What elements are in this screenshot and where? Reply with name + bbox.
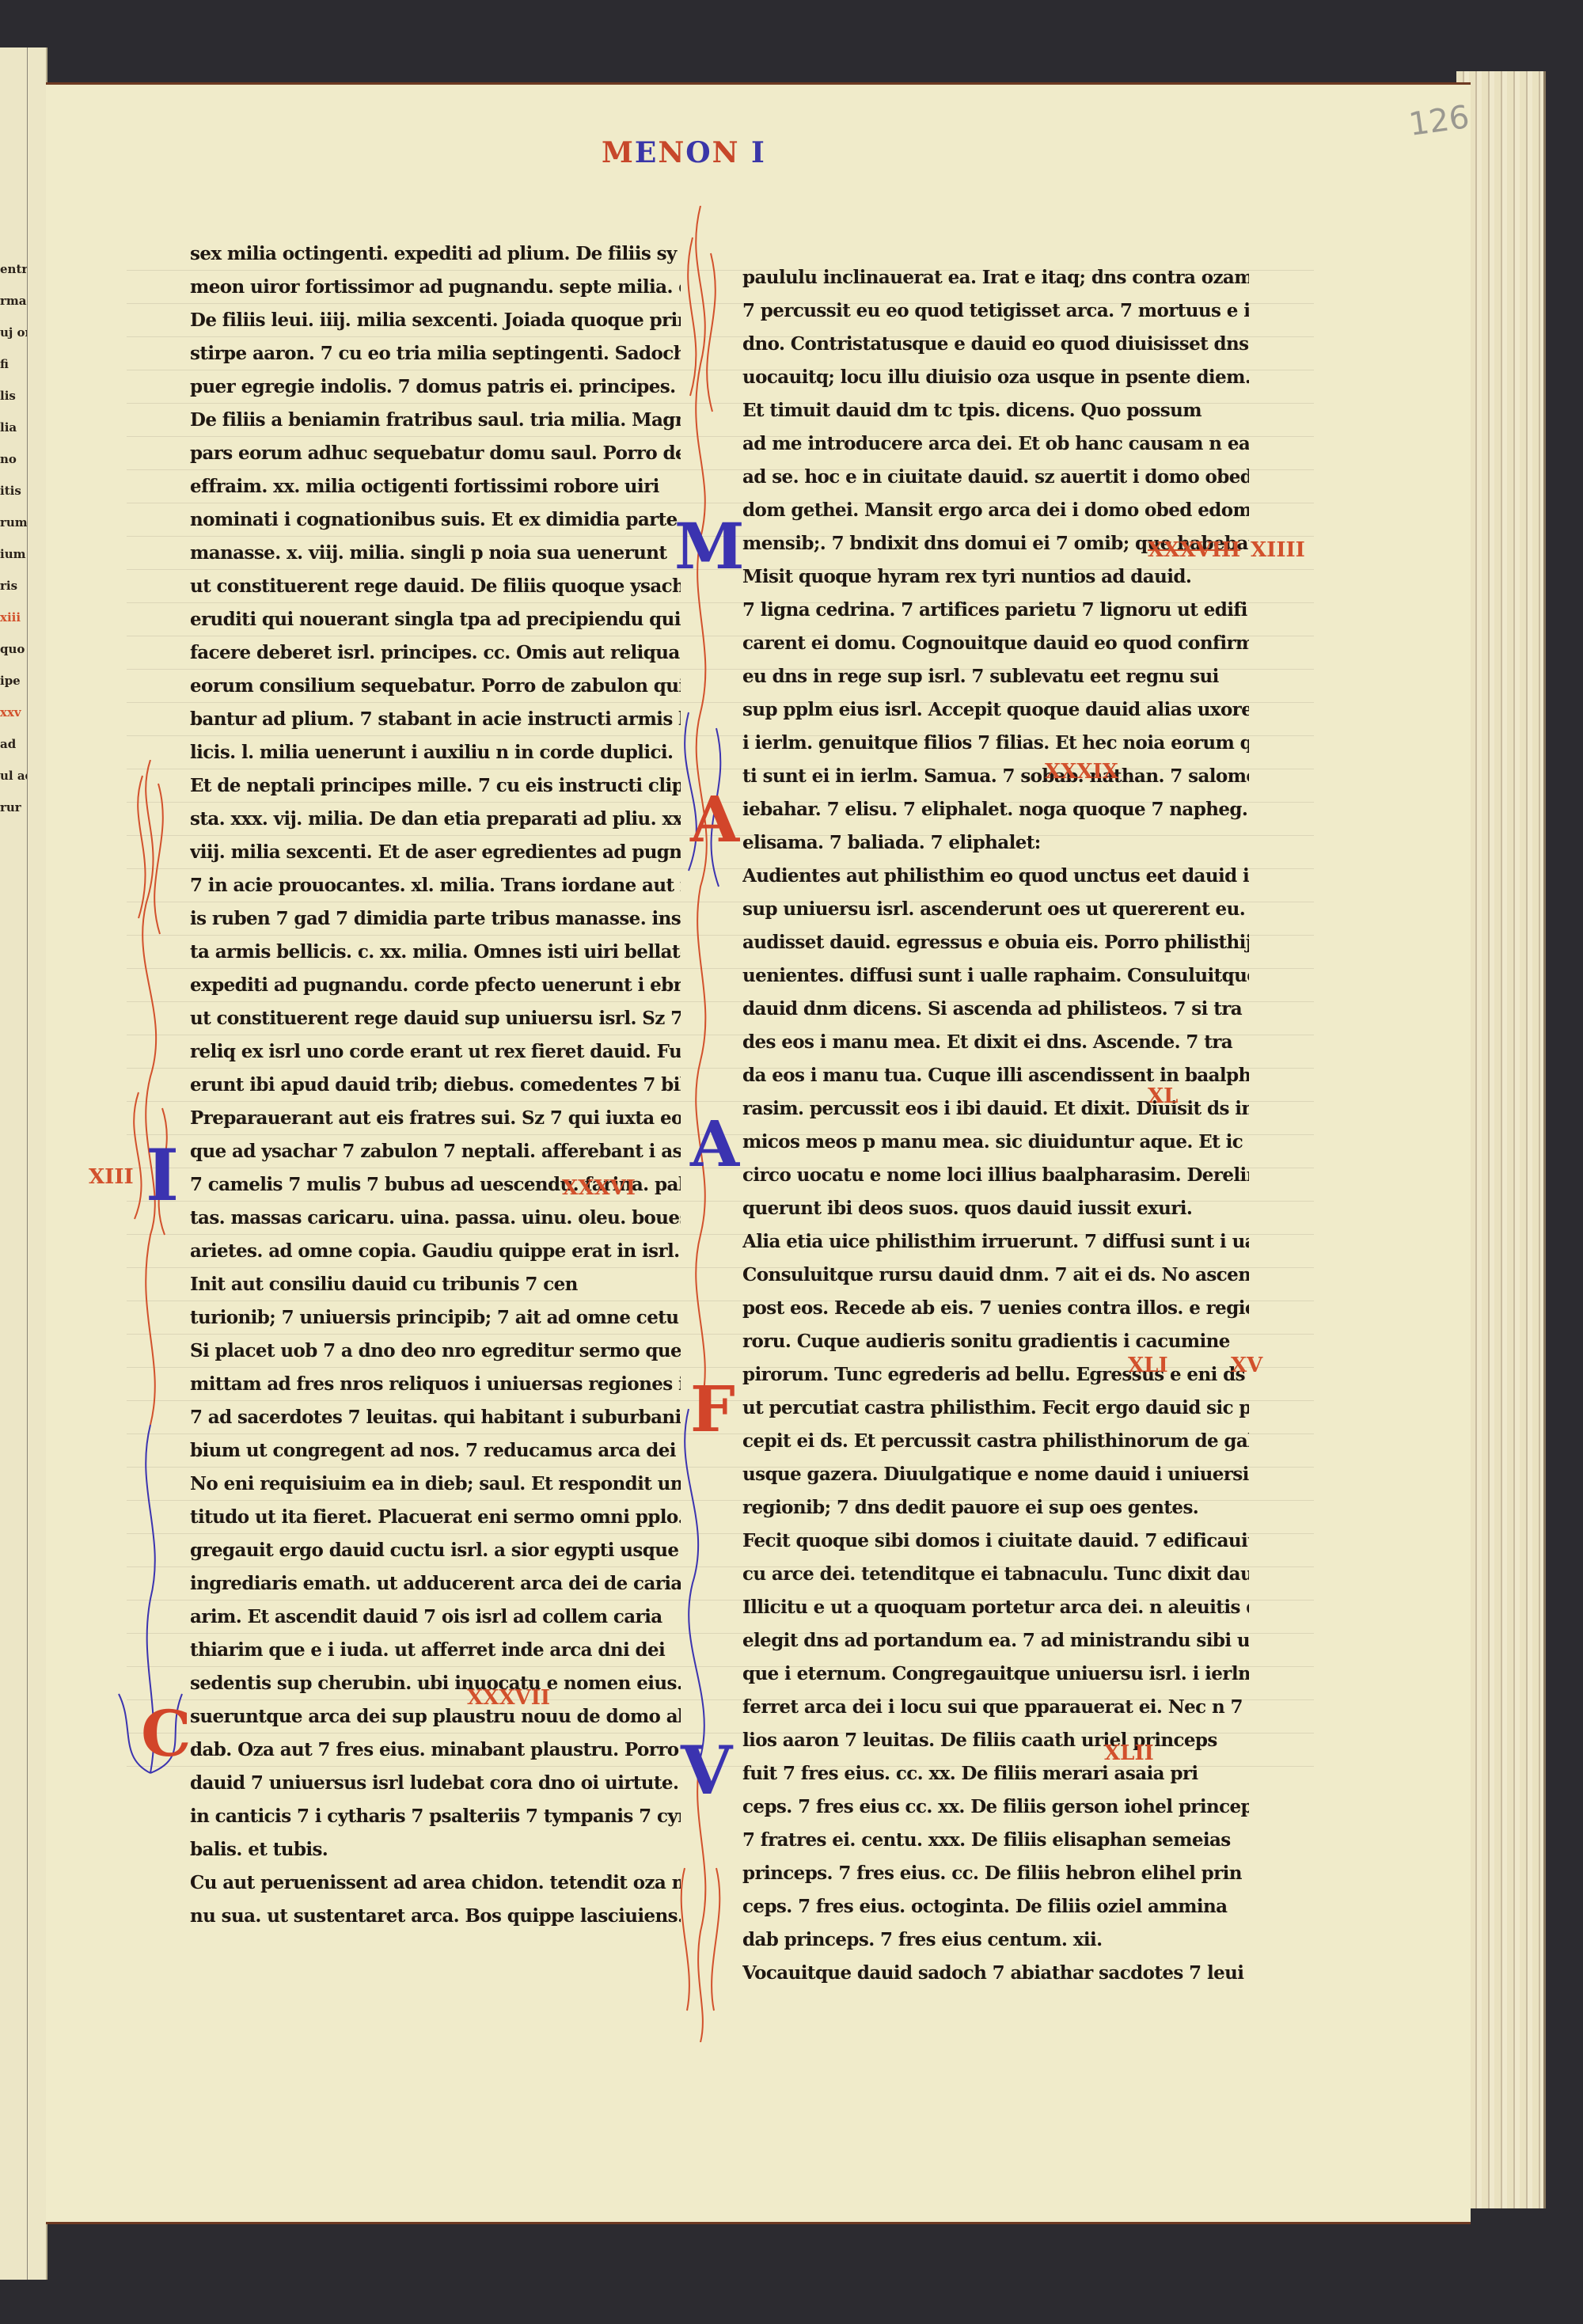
text-line: gregauit ergo dauid cuctu isrl. a sior e… xyxy=(190,1534,681,1567)
facing-page-fragment: itis xyxy=(0,475,27,507)
facing-page-fragment: ium xyxy=(0,538,27,570)
text-line: ut constituerent rege dauid sup uniuersu… xyxy=(190,1002,681,1035)
text-line: facere deberet isrl. principes. cc. Omis… xyxy=(190,636,681,670)
text-line: manasse. x. viij. milia. singli p noia s… xyxy=(190,537,681,570)
text-line: De filiis a beniamin fratribus saul. tri… xyxy=(190,404,681,437)
running-head-letter: N xyxy=(712,136,740,169)
text-line: pars eorum adhuc sequebatur domu saul. P… xyxy=(190,437,681,470)
text-line: ad me introducere arca dei. Et ob hanc c… xyxy=(742,427,1249,461)
text-line: 7 fratres ei. centu. xxx. De filiis elis… xyxy=(742,1824,1249,1857)
rubric-numeral-xlii: XLII xyxy=(1104,1741,1154,1765)
text-line: Init aut consiliu dauid cu tribunis 7 ce… xyxy=(190,1268,681,1301)
text-line: sup pplm eius isrl. Accepit quoque dauid… xyxy=(742,693,1249,727)
text-line: sueruntque arca dei sup plaustru nouu de… xyxy=(190,1700,681,1734)
facing-page-fragment: uj orbu xyxy=(0,317,27,348)
text-line: ta armis bellicis. c. xx. milia. Omnes i… xyxy=(190,936,681,969)
text-line: ti sunt ei in ierlm. Samua. 7 sobab. nat… xyxy=(742,760,1249,793)
facing-page-edge: entrarmauj orbufilislianoitisrumiumrisxi… xyxy=(0,47,47,2280)
text-line: elisama. 7 baliada. 7 eliphalet: xyxy=(742,826,1249,860)
text-line: bantur ad plium. 7 stabant in acie instr… xyxy=(190,703,681,736)
text-line: 7 in acie prouocantes. xl. milia. Trans … xyxy=(190,869,681,902)
facing-page-fragment: xxv xyxy=(0,697,27,728)
facing-page-fragment: entra xyxy=(0,253,27,285)
text-line: dab. Oza aut 7 fres eius. minabant plaus… xyxy=(190,1734,681,1767)
facing-page-fragment: rma xyxy=(0,285,27,317)
text-line: elegit dns ad portandum ea. 7 ad ministr… xyxy=(742,1624,1249,1658)
penwork-flourish-left-red xyxy=(103,760,198,1789)
text-line: ingrediaris emath. ut adducerent arca de… xyxy=(190,1567,681,1601)
text-line: Et timuit dauid dm tc tpis. dicens. Quo … xyxy=(742,394,1249,427)
text-line: is ruben 7 gad 7 dimidia parte tribus ma… xyxy=(190,902,681,936)
text-line: roru. Cuque audieris sonitu gradientis i… xyxy=(742,1325,1249,1358)
text-line: pirorum. Tunc egrederis ad bellu. Egress… xyxy=(742,1358,1249,1392)
text-line: usque gazera. Diuulgatique e nome dauid … xyxy=(742,1458,1249,1491)
text-line: dab princeps. 7 fres eius centum. xii. xyxy=(742,1923,1249,1957)
text-line: De filiis leui. iiij. milia sexcenti. Jo… xyxy=(190,304,681,337)
text-line: Misit quoque hyram rex tyri nuntios ad d… xyxy=(742,560,1249,594)
text-line: titudo ut ita fieret. Placuerat eni serm… xyxy=(190,1501,681,1534)
text-line: ferret arca dei i locu sui que pparauera… xyxy=(742,1691,1249,1724)
rubric-numeral-xxxix: XXXIX xyxy=(1045,760,1118,784)
text-line: circo uocatu e nome loci illius baalphar… xyxy=(742,1159,1249,1192)
text-line: turionib; 7 uniuersis principib; 7 ait a… xyxy=(190,1301,681,1335)
initial-a-red: A xyxy=(690,788,739,851)
text-line: meon uiror fortissimor ad pugnandu. sept… xyxy=(190,271,681,304)
text-line: dno. Contristatusque e dauid eo quod diu… xyxy=(742,328,1249,361)
facing-page-fragment: ad xyxy=(0,728,27,760)
text-line: cu arce dei. tetenditque ei tabnaculu. T… xyxy=(742,1558,1249,1591)
text-line: tas. massas caricaru. uina. passa. uinu.… xyxy=(190,1202,681,1235)
text-line: 7 ligna cedrina. 7 artifices parietu 7 l… xyxy=(742,594,1249,627)
page-gutter-line xyxy=(27,47,28,2280)
text-line: expediti ad pugnandu. corde pfecto uener… xyxy=(190,969,681,1002)
text-line: ceps. 7 fres eius. octoginta. De filiis … xyxy=(742,1890,1249,1923)
initial-i-blue: I xyxy=(146,1140,179,1211)
text-line: uocauitq; locu illu diuisio oza usque in… xyxy=(742,361,1249,394)
text-line: Cu aut peruenissent ad area chidon. tete… xyxy=(190,1866,681,1900)
initial-v-blue: V xyxy=(681,1737,732,1804)
facing-page-fragment: no xyxy=(0,443,27,475)
text-line: Alia etia uice philisthim irruerunt. 7 d… xyxy=(742,1225,1249,1259)
running-head-letter: N xyxy=(658,136,685,169)
text-line: Preparauerant aut eis fratres sui. Sz 7 … xyxy=(190,1102,681,1135)
text-line: viij. milia sexcenti. Et de aser egredie… xyxy=(190,836,681,869)
text-line: paululu inclinauerat ea. Irat e itaq; dn… xyxy=(742,261,1249,294)
text-line: arim. Et ascendit dauid 7 ois isrl ad co… xyxy=(190,1601,681,1634)
running-head-letter: M xyxy=(602,136,635,169)
text-line: uenientes. diffusi sunt i ualle raphaim.… xyxy=(742,959,1249,993)
text-line: No eni requisiuim ea in dieb; saul. Et r… xyxy=(190,1468,681,1501)
text-line: nominati i cognationibus suis. Et ex dim… xyxy=(190,503,681,537)
text-line: ut constituerent rege dauid. De filiis q… xyxy=(190,570,681,603)
text-line: Et de neptali principes mille. 7 cu eis … xyxy=(190,769,681,803)
text-line: Fecit quoque sibi domos i ciuitate dauid… xyxy=(742,1525,1249,1558)
text-line: cepit ei ds. Et percussit castra philist… xyxy=(742,1425,1249,1458)
text-line: lios aaron 7 leuitas. De filiis caath ur… xyxy=(742,1724,1249,1757)
rubric-numeral-xxxviii: XXXVIII xyxy=(1148,538,1240,562)
text-line: stirpe aaron. 7 cu eo tria milia septing… xyxy=(190,337,681,370)
facing-page-fragment: fi xyxy=(0,348,27,380)
text-line: sta. xxx. vij. milia. De dan etia prepar… xyxy=(190,803,681,836)
text-line: que ad ysachar 7 zabulon 7 neptali. affe… xyxy=(190,1135,681,1168)
text-column-right: paululu inclinauerat ea. Irat e itaq; dn… xyxy=(742,261,1249,1990)
text-line: puer egregie indolis. 7 domus patris ei.… xyxy=(190,370,681,404)
text-line: mittam ad fres nros reliquos i uniuersas… xyxy=(190,1368,681,1401)
text-line: balis. et tubis. xyxy=(190,1833,681,1866)
text-line: eruditi qui nouerant singla tpa ad preci… xyxy=(190,603,681,636)
initial-a-blue: A xyxy=(690,1112,739,1175)
initial-m-blue: M xyxy=(674,515,745,578)
text-line: sup uniuersu isrl. ascenderunt oes ut qu… xyxy=(742,893,1249,926)
running-head-letter: O xyxy=(685,136,712,169)
text-line: regionib; 7 dns dedit pauore ei sup oes … xyxy=(742,1491,1249,1525)
text-line: erunt ibi apud dauid trib; diebus. comed… xyxy=(190,1069,681,1102)
margin-numeral-xiii: XIII xyxy=(89,1165,134,1189)
text-line: ad se. hoc e in ciuitate dauid. sz auert… xyxy=(742,461,1249,494)
text-line: reliq ex isrl uno corde erant ut rex fie… xyxy=(190,1035,681,1069)
text-line: ceps. 7 fres eius cc. xx. De filiis gers… xyxy=(742,1790,1249,1824)
text-line: Illicitu e ut a quoquam portetur arca de… xyxy=(742,1591,1249,1624)
text-column-left: sex milia octingenti. expediti ad plium.… xyxy=(190,237,681,1933)
text-line: bium ut congregent ad nos. 7 reducamus a… xyxy=(190,1434,681,1468)
text-line: audisset dauid. egressus e obuia eis. Po… xyxy=(742,926,1249,959)
running-head-letter: I xyxy=(739,136,765,169)
text-line: sex milia octingenti. expediti ad plium.… xyxy=(190,237,681,271)
text-line: ut percutiat castra philisthim. Fecit er… xyxy=(742,1392,1249,1425)
text-line: 7 ad sacerdotes 7 leuitas. qui habitant … xyxy=(190,1401,681,1434)
text-line: thiarim que e i iuda. ut afferret inde a… xyxy=(190,1634,681,1667)
rubric-numeral-xxxvi: XXXVI xyxy=(562,1176,636,1200)
text-line: dauid dnm dicens. Si ascenda ad philiste… xyxy=(742,993,1249,1026)
rubric-numeral-xl: XL xyxy=(1148,1084,1178,1108)
running-head: MENON I xyxy=(602,136,766,169)
facing-page-fragment: rur xyxy=(0,792,27,823)
facing-page-fragment: ipe xyxy=(0,665,27,697)
rubric-numeral-xxxvii: XXXVII xyxy=(467,1686,550,1710)
text-line: iebahar. 7 elisu. 7 eliphalet. noga quoq… xyxy=(742,793,1249,826)
facing-page-text: entrarmauj orbufilislianoitisrumiumrisxi… xyxy=(0,253,27,823)
text-line: que i eternum. Congregauitque uniuersu i… xyxy=(742,1658,1249,1691)
text-line: micos meos p manu mea. sic diuiduntur aq… xyxy=(742,1126,1249,1159)
facing-page-fragment: lia xyxy=(0,412,27,443)
margin-numeral-xiiii: XIIII xyxy=(1251,538,1305,562)
text-line: post eos. Recede ab eis. 7 uenies contra… xyxy=(742,1292,1249,1325)
margin-numeral-xv: XV xyxy=(1231,1354,1262,1377)
text-line: 7 percussit eu eo quod tetigisset arca. … xyxy=(742,294,1249,328)
text-line: effraim. xx. milia octigenti fortissimi … xyxy=(190,470,681,503)
text-line: i ierlm. genuitque filios 7 filias. Et h… xyxy=(742,727,1249,760)
text-line: arietes. ad omne copia. Gaudiu quippe er… xyxy=(190,1235,681,1268)
text-line: dom gethei. Mansit ergo arca dei i domo … xyxy=(742,494,1249,527)
facing-page-fragment: xiii xyxy=(0,602,27,633)
text-line: querunt ibi deos suos. quos dauid iussit… xyxy=(742,1192,1249,1225)
text-line: in canticis 7 i cytharis 7 psalteriis 7 … xyxy=(190,1800,681,1833)
text-line: eu dns in rege sup isrl. 7 sublevatu eet… xyxy=(742,660,1249,693)
rubric-numeral-xli: XLI xyxy=(1128,1354,1168,1377)
facing-page-fragment: ul ad xyxy=(0,760,27,792)
text-line: licis. l. milia uenerunt i auxiliu n in … xyxy=(190,736,681,769)
text-line: Consuluitque rursu dauid dnm. 7 ait ei d… xyxy=(742,1259,1249,1292)
text-line: dauid 7 uniuersus isrl ludebat cora dno … xyxy=(190,1767,681,1800)
initial-f-red: F xyxy=(690,1377,735,1441)
text-line: sedentis sup cherubin. ubi inuocatu e no… xyxy=(190,1667,681,1700)
facing-page-fragment: rum xyxy=(0,507,27,538)
text-line: princeps. 7 fres eius. cc. De filiis heb… xyxy=(742,1857,1249,1890)
text-line: des eos i manu mea. Et dixit ei dns. Asc… xyxy=(742,1026,1249,1059)
initial-c-red: C xyxy=(141,1702,192,1765)
text-line: Audientes aut philisthim eo quod unctus … xyxy=(742,860,1249,893)
text-line: eorum consilium sequebatur. Porro de zab… xyxy=(190,670,681,703)
text-line: carent ei domu. Cognouitque dauid eo quo… xyxy=(742,627,1249,660)
running-head-letter: E xyxy=(635,136,658,169)
facing-page-fragment: ris xyxy=(0,570,27,602)
text-line: Si placet uob 7 a dno deo nro egreditur … xyxy=(190,1335,681,1368)
facing-page-fragment: lis xyxy=(0,380,27,412)
text-line: fuit 7 fres eius. cc. xx. De filiis mera… xyxy=(742,1757,1249,1790)
text-line: nu sua. ut sustentaret arca. Bos quippe … xyxy=(190,1900,681,1933)
text-line: Vocauitque dauid sadoch 7 abiathar sacdo… xyxy=(742,1957,1249,1990)
facing-page-fragment: quo xyxy=(0,633,27,665)
